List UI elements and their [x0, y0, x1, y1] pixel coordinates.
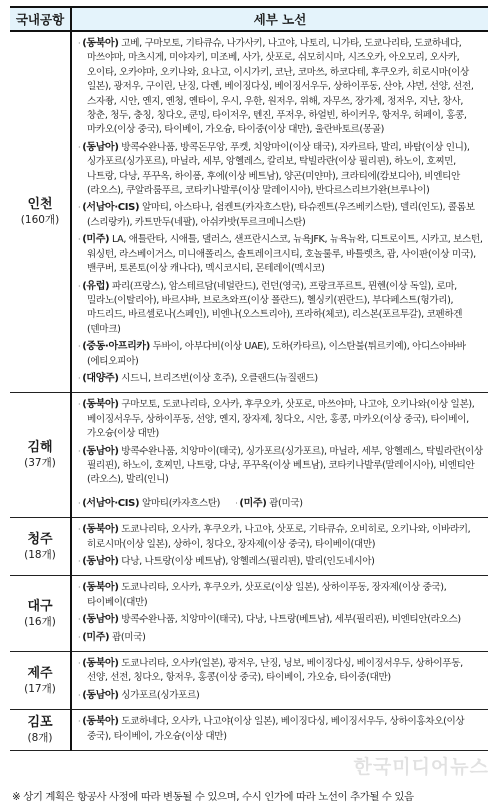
city-list: 괌(미국): [112, 632, 146, 643]
region-label: (대양주): [82, 373, 118, 384]
region-label: (동남아): [82, 614, 118, 625]
airport-cell: 인천 (160개): [10, 31, 71, 393]
route-group-pair: ·(서남아·CIS) 알마티(카자흐스탄) ·(미주) 괌(미국): [78, 491, 484, 514]
route-group: ·(서남아·CIS) 알마티(카자흐스탄): [78, 497, 220, 511]
route-list: ·(동북아) 도쿄나리타, 오사카, 후쿠오카, 삿포로(이상 일본), 상하이…: [71, 576, 488, 652]
route-group: ·(동북아) 도쿄나리타, 오사카, 후쿠오카, 나고야, 삿포로, 기타큐슈,…: [78, 523, 484, 552]
route-list: ·(동북아) 도쿄하네다, 오사카, 나고야(이상 일본), 베이징다싱, 베이…: [71, 710, 488, 751]
city-list: 방콕수완나품, 치앙마이(태국), 싱가포르(싱가포르), 마닐라, 세부, 앙…: [87, 446, 483, 486]
region-label: (유럽): [82, 281, 109, 292]
region-label: (동남아): [82, 446, 118, 457]
route-group: ·(동남아) 방콕수완나품, 방콕돈무앙, 푸켓, 치앙마이(이상 태국), 자…: [78, 141, 484, 199]
region-label: (동남아): [82, 142, 118, 153]
route-group: ·(동북아) 고베, 구마모토, 기타큐슈, 나가사키, 나고야, 나토리, 니…: [78, 37, 484, 138]
route-group: ·(동북아) 도쿄나리타, 오사카(일본), 광저우, 난징, 닝보, 베이징다…: [78, 657, 484, 686]
route-group: ·(미주) LA, 애틀란타, 시애틀, 댈러스, 샌프란시스코, 뉴욕JFK,…: [78, 233, 484, 276]
route-count: (37개): [10, 456, 70, 470]
route-count: (160개): [10, 213, 70, 227]
airport-row-cheongju: 청주 (18개) ·(동북아) 도쿄나리타, 오사카, 후쿠오카, 나고야, 삿…: [10, 518, 488, 576]
region-label: (동남아): [82, 556, 118, 567]
header-domestic-airport: 국내공항: [10, 7, 71, 31]
region-label: (동북아): [82, 716, 118, 727]
airport-cell: 청주 (18개): [10, 518, 71, 576]
route-group: ·(동남아) 싱가포르(싱가포르): [78, 689, 484, 703]
city-list: LA, 애틀란타, 시애틀, 댈러스, 샌프란시스코, 뉴욕JFK, 뉴욕뉴왁,…: [87, 234, 483, 274]
airport-cell: 대구 (16개): [10, 576, 71, 652]
region-label: (동북아): [82, 582, 118, 593]
region-label: (중동·아프리카): [82, 341, 150, 352]
region-label: (동남아): [82, 690, 118, 701]
city-list: 시드니, 브리즈번(이상 호주), 오클랜드(뉴질랜드): [121, 373, 318, 384]
airport-row-gimpo: 김포 (8개) ·(동북아) 도쿄하네다, 오사카, 나고야(이상 일본), 베…: [10, 710, 488, 751]
region-label: (미주): [82, 234, 109, 245]
city-list: 방콕수완나품, 방콕돈무앙, 푸켓, 치앙마이(이상 태국), 자카르타, 발리…: [87, 142, 470, 196]
city-list: 도쿄나리타, 오사카, 후쿠오카, 삿포로(이상 일본), 상하이푸동, 장자제…: [87, 582, 446, 607]
region-label: (서남아·CIS): [82, 498, 139, 509]
watermark-logo: 한국미디어뉴스: [354, 752, 489, 779]
route-group: ·(동남아) 방콕수완나품, 치앙마이(태국), 다낭, 나트랑(베트남), 세…: [78, 613, 484, 627]
city-list: 도쿄나리타, 오사카(일본), 광저우, 난징, 닝보, 베이징다싱, 베이징서…: [87, 658, 463, 683]
region-label: (미주): [239, 498, 266, 509]
city-list: 방콕수완나품, 치앙마이(태국), 다낭, 나트랑(베트남), 세부(필리핀),…: [121, 614, 461, 625]
footnote: ※ 상기 계획은 항공사 사정에 따라 변동될 수 있으며, 수시 인가에 따라…: [12, 788, 414, 803]
route-group: ·(동북아) 도쿄하네다, 오사카, 나고야(이상 일본), 베이징다싱, 베이…: [78, 715, 484, 744]
airport-name: 제주: [10, 666, 70, 682]
city-list: 고베, 구마모토, 기타큐슈, 나가사키, 나고야, 나토리, 니가타, 도쿄나…: [87, 38, 474, 135]
header-route-details: 세부 노선: [71, 7, 488, 31]
route-count: (16개): [10, 615, 70, 629]
route-list: ·(동북아) 고베, 구마모토, 기타큐슈, 나가사키, 나고야, 나토리, 니…: [71, 31, 488, 393]
route-group: ·(동남아) 다낭, 나트랑(이상 베트남), 앙헬레스(필리핀), 발리(인도…: [78, 555, 484, 569]
region-label: (동북아): [82, 524, 118, 535]
airport-name: 인천: [10, 197, 70, 213]
route-group: ·(중동·아프리카) 두바이, 아부다비(이상 UAE), 도하(카타르), 이…: [78, 340, 484, 369]
airport-name: 김포: [10, 715, 70, 731]
city-list: 알마티(카자흐스탄): [142, 498, 220, 509]
route-group: ·(동남아) 방콕수완나품, 치앙마이(태국), 싱가포르(싱가포르), 마닐라…: [78, 445, 484, 488]
route-count: (18개): [10, 548, 70, 562]
city-list: 파리(프랑스), 암스테르담(네덜란드), 런던(영국), 프랑크푸르트, 뮌헨…: [87, 281, 462, 335]
airport-row-daegu: 대구 (16개) ·(동북아) 도쿄나리타, 오사카, 후쿠오카, 삿포로(이상…: [10, 576, 488, 652]
airport-row-gimhae: 김해 (37개) ·(동북아) 구마모토, 도쿄나리타, 오사카, 후쿠오카, …: [10, 393, 488, 518]
airport-row-jeju: 제주 (17개) ·(동북아) 도쿄나리타, 오사카(일본), 광저우, 난징,…: [10, 652, 488, 710]
city-list: 도쿄하네다, 오사카, 나고야(이상 일본), 베이징다싱, 베이징서우두, 상…: [87, 716, 464, 741]
route-list: ·(동북아) 구마모토, 도쿄나리타, 오사카, 후쿠오카, 삿포로, 마쓰야마…: [71, 393, 488, 518]
airport-cell: 김포 (8개): [10, 710, 71, 751]
route-group: ·(동북아) 도쿄나리타, 오사카, 후쿠오카, 삿포로(이상 일본), 상하이…: [78, 581, 484, 610]
city-list: 도쿄나리타, 오사카, 후쿠오카, 나고야, 삿포로, 기타큐슈, 오비히로, …: [87, 524, 470, 549]
route-group: ·(유럽) 파리(프랑스), 암스테르담(네덜란드), 런던(영국), 프랑크푸…: [78, 280, 484, 338]
routes-table: 국내공항 세부 노선 인천 (160개) ·(동북아) 고베, 구마모토, 기타…: [10, 6, 488, 751]
region-label: (서남아·CIS): [82, 202, 139, 213]
route-count: (8개): [10, 731, 70, 745]
airport-name: 김해: [10, 440, 70, 456]
airport-cell: 제주 (17개): [10, 652, 71, 710]
city-list: 다낭, 나트랑(이상 베트남), 앙헬레스(필리핀), 발리(인도네시아): [121, 556, 374, 567]
route-list: ·(동북아) 도쿄나리타, 오사카(일본), 광저우, 난징, 닝보, 베이징다…: [71, 652, 488, 710]
city-list: 싱가포르(싱가포르): [121, 690, 199, 701]
region-label: (미주): [82, 632, 109, 643]
route-count: (17개): [10, 682, 70, 696]
city-list: 알마티, 아스타나, 쉼켄트(카자흐스탄), 타슈켄트(우즈베키스탄), 델리(…: [87, 202, 475, 227]
route-group: ·(서남아·CIS) 알마티, 아스타나, 쉼켄트(카자흐스탄), 타슈켄트(우…: [78, 201, 484, 230]
airport-name: 대구: [10, 599, 70, 615]
city-list: 구마모토, 도쿄나리타, 오사카, 후쿠오카, 삿포로, 마쓰야마, 나고야, …: [87, 399, 474, 439]
airport-name: 청주: [10, 532, 70, 548]
airport-row-incheon: 인천 (160개) ·(동북아) 고베, 구마모토, 기타큐슈, 나가사키, 나…: [10, 31, 488, 393]
airport-cell: 김해 (37개): [10, 393, 71, 518]
region-label: (동북아): [82, 658, 118, 669]
route-group: ·(대양주) 시드니, 브리즈번(이상 호주), 오클랜드(뉴질랜드): [78, 372, 484, 386]
city-list: 괌(미국): [269, 498, 303, 509]
route-group: ·(미주) 괌(미국): [235, 497, 303, 511]
table-header-row: 국내공항 세부 노선: [10, 7, 488, 31]
region-label: (동북아): [82, 38, 118, 49]
route-list: ·(동북아) 도쿄나리타, 오사카, 후쿠오카, 나고야, 삿포로, 기타큐슈,…: [71, 518, 488, 576]
route-group: ·(동북아) 구마모토, 도쿄나리타, 오사카, 후쿠오카, 삿포로, 마쓰야마…: [78, 398, 484, 441]
route-group: ·(미주) 괌(미국): [78, 631, 484, 645]
region-label: (동북아): [82, 399, 118, 410]
